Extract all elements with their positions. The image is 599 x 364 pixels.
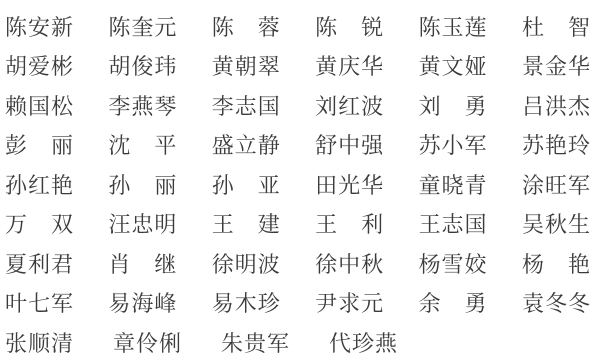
person-name: 孙亚 [212,174,280,198]
person-name: 刘红波 [315,95,383,119]
person-name: 景金华 [522,55,590,79]
person-name: 黄庆华 [315,55,383,79]
name-row: 彭丽沈平盛立静舒中强苏小军苏艳玲 [5,127,590,167]
name-row: 万双汪忠明王建王利王志国吴秋生 [5,206,590,246]
person-name: 万双 [5,213,73,237]
person-name: 涂旺军 [522,174,590,198]
person-name: 杨艳 [522,253,590,277]
person-name: 黄朝翠 [212,55,280,79]
person-name: 代珍燕 [329,332,397,356]
name-row: 夏利君肖继徐明波徐中秋杨雪姣杨艳 [5,245,590,285]
person-name: 李志国 [212,95,280,119]
person-name: 李燕琴 [108,95,176,119]
person-name: 彭丽 [5,134,73,158]
person-name: 盛立静 [212,134,280,158]
name-row: 孙红艳孙丽孙亚田光华童晓青涂旺军 [5,166,590,206]
person-name: 苏艳玲 [522,134,590,158]
person-name: 袁冬冬 [522,292,590,316]
person-name: 章伶俐 [113,332,181,356]
person-name: 黄文娅 [419,55,487,79]
person-name: 徐明波 [212,253,280,277]
person-name: 童晓青 [419,174,487,198]
person-name: 徐中秋 [315,253,383,277]
person-name: 杨雪姣 [419,253,487,277]
person-name: 孙红艳 [5,174,73,198]
person-name: 舒中强 [315,134,383,158]
person-name: 王建 [212,213,280,237]
person-name: 叶七军 [5,292,73,316]
person-name: 夏利君 [5,253,73,277]
person-name: 张顺清 [5,332,73,356]
person-name: 肖继 [108,253,176,277]
person-name: 易海峰 [108,292,176,316]
person-name: 刘勇 [419,95,487,119]
person-name: 朱贵军 [221,332,289,356]
person-name: 陈奎元 [108,16,176,40]
person-name: 王志国 [419,213,487,237]
person-name: 杜智 [522,16,590,40]
person-name: 陈蓉 [212,16,280,40]
person-name: 余勇 [419,292,487,316]
name-row: 叶七军易海峰易木珍尹求元余勇袁冬冬 [5,285,590,325]
person-name: 田光华 [315,174,383,198]
person-name: 易木珍 [212,292,280,316]
person-name: 苏小军 [419,134,487,158]
person-name: 陈锐 [315,16,383,40]
name-row: 胡爱彬胡俊玮黄朝翠黄庆华黄文娅景金华 [5,48,590,88]
person-name: 孙丽 [108,174,176,198]
person-name: 赖国松 [5,95,73,119]
person-name: 沈平 [108,134,176,158]
name-row: 赖国松李燕琴李志国刘红波刘勇吕洪杰 [5,87,590,127]
name-row: 张顺清章伶俐朱贵军代珍燕 [5,324,590,364]
person-name: 王利 [315,213,383,237]
person-name: 尹求元 [315,292,383,316]
name-rows: 陈安新陈奎元陈蓉陈锐陈玉莲杜智胡爱彬胡俊玮黄朝翠黄庆华黄文娅景金华赖国松李燕琴李… [5,8,590,364]
name-row: 陈安新陈奎元陈蓉陈锐陈玉莲杜智 [5,8,590,48]
person-name: 胡俊玮 [108,55,176,79]
person-name: 胡爱彬 [5,55,73,79]
person-name: 吕洪杰 [522,95,590,119]
person-name: 陈玉莲 [419,16,487,40]
person-name: 汪忠明 [108,213,176,237]
name-roster-page: 陈安新陈奎元陈蓉陈锐陈玉莲杜智胡爱彬胡俊玮黄朝翠黄庆华黄文娅景金华赖国松李燕琴李… [0,0,599,364]
person-name: 吴秋生 [522,213,590,237]
person-name: 陈安新 [5,16,73,40]
